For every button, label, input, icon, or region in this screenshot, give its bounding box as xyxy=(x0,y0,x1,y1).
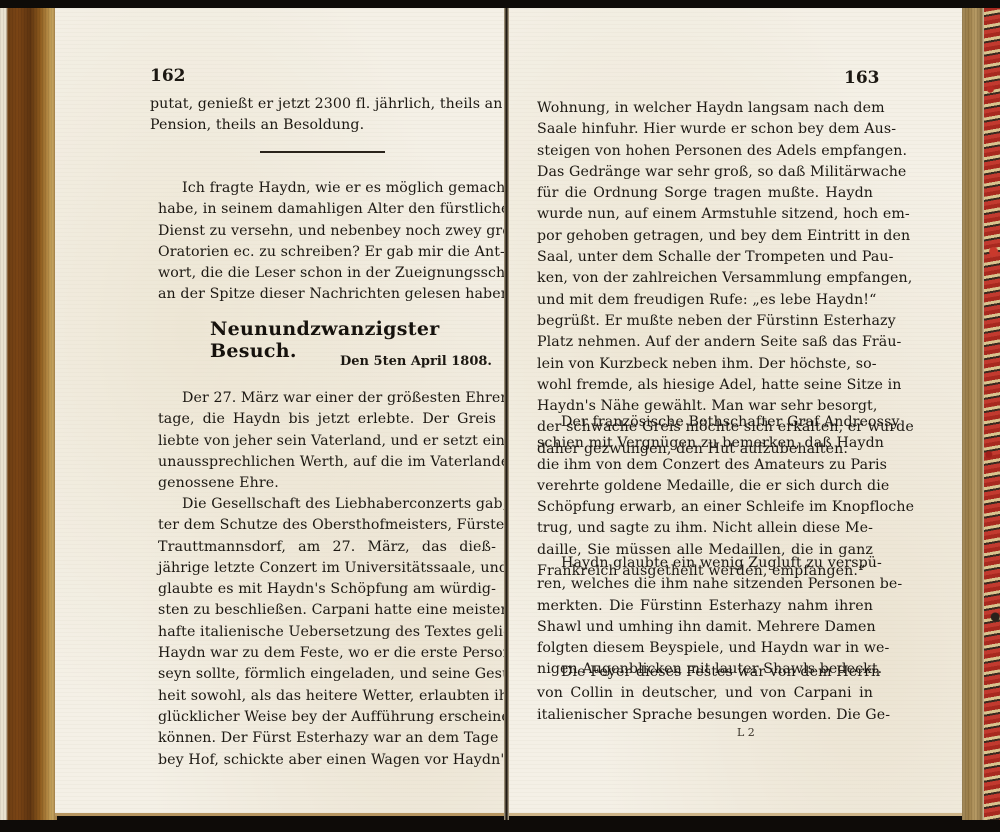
page-number-left: 162 xyxy=(150,66,186,86)
left-page: 162 putat, genießt er jetzt 2300 fl. jäh… xyxy=(55,8,506,816)
section-divider xyxy=(260,151,385,153)
page-number-right: 163 xyxy=(844,68,880,88)
signature-mark: L 2 xyxy=(737,726,755,739)
right-paragraph-4: Die Feyer dieses Festes war von dem Herr… xyxy=(537,662,873,726)
right-paragraph-1: Wohnung, in welcher Haydn langsam nach d… xyxy=(537,98,873,460)
scan-bottom-border xyxy=(0,820,1000,832)
left-paragraph-3: Die Gesellschaft des Liebhaberconzerts g… xyxy=(158,494,496,771)
left-paragraph-2: Der 27. März war einer der größesten Ehr… xyxy=(158,388,496,494)
left-cover-edge xyxy=(0,8,57,820)
left-top-paragraph: putat, genießt er jetzt 2300 fl. jährlic… xyxy=(150,94,490,137)
right-page-block-edge xyxy=(962,8,984,820)
right-page: 163 Wohnung, in welcher Haydn langsam na… xyxy=(509,8,964,816)
left-paragraph-1: Ich fragte Haydn, wie er es möglich gema… xyxy=(158,178,490,306)
book-scan: 162 putat, genießt er jetzt 2300 fl. jäh… xyxy=(0,0,1000,832)
dateline: Den 5ten April 1808. xyxy=(340,354,492,369)
marbled-cover-edge xyxy=(984,8,1000,820)
